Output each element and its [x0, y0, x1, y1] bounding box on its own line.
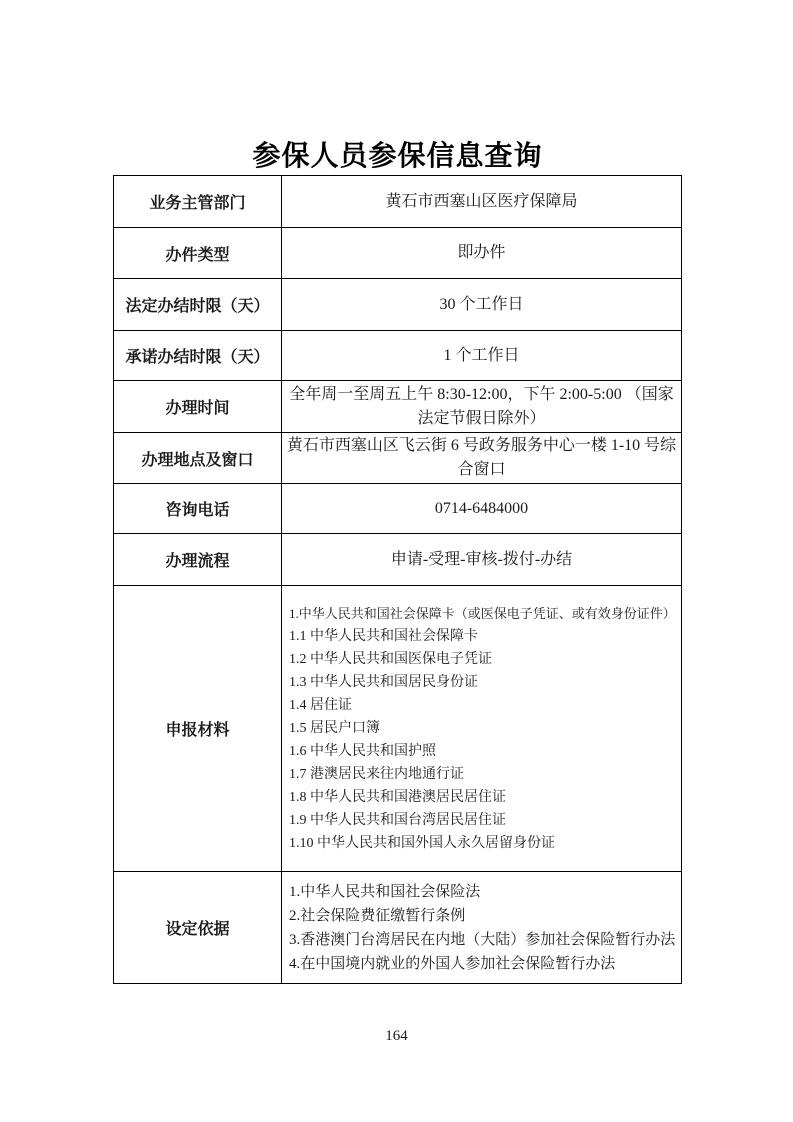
table-row-department: 业务主管部门 黄石市西塞山区医疗保障局	[114, 176, 682, 228]
basis-line: 3.香港澳门台湾居民在内地（大陆）参加社会保险暂行办法	[289, 928, 677, 952]
row-label: 办理时间	[114, 381, 282, 433]
basis-line: 2.社会保险费征缴暂行条例	[289, 904, 677, 928]
materials-line: 1.1 中华人民共和国社会保障卡	[289, 625, 677, 648]
table-row-location-window: 办理地点及窗口 黄石市西塞山区飞云街 6 号政务服务中心一楼 1-10 号综合窗…	[114, 433, 682, 484]
table-row-office-hours: 办理时间 全年周一至周五上午 8:30-12:00，下午 2:00-5:00 （…	[114, 381, 682, 433]
row-value: 0714-6484000	[282, 484, 682, 534]
table-row-process: 办理流程 申请-受理-审核-拨付-办结	[114, 534, 682, 586]
row-label: 办件类型	[114, 228, 282, 279]
table-row-legal-basis: 设定依据 1.中华人民共和国社会保险法 2.社会保险费征缴暂行条例 3.香港澳门…	[114, 872, 682, 984]
materials-line: 1.2 中华人民共和国医保电子凭证	[289, 648, 677, 671]
materials-line: 1.7 港澳居民来往内地通行证	[289, 763, 677, 786]
basis-line: 4.在中国境内就业的外国人参加社会保险暂行办法	[289, 952, 677, 976]
materials-list: 1.中华人民共和国社会保障卡（或医保电子凭证、或有效身份证件） 1.1 中华人民…	[282, 586, 682, 872]
legal-basis-list: 1.中华人民共和国社会保险法 2.社会保险费征缴暂行条例 3.香港澳门台湾居民在…	[282, 872, 682, 984]
row-value: 黄石市西塞山区飞云街 6 号政务服务中心一楼 1-10 号综合窗口	[282, 433, 682, 484]
table-row-materials: 申报材料 1.中华人民共和国社会保障卡（或医保电子凭证、或有效身份证件） 1.1…	[114, 586, 682, 872]
materials-line: 1.4 居住证	[289, 694, 677, 717]
row-label: 办理流程	[114, 534, 282, 586]
row-label: 业务主管部门	[114, 176, 282, 228]
table-row-item-type: 办件类型 即办件	[114, 228, 682, 279]
materials-line: 1.9 中华人民共和国台湾居民居住证	[289, 809, 677, 832]
row-label: 办理地点及窗口	[114, 433, 282, 484]
row-value: 1 个工作日	[282, 331, 682, 381]
materials-line: 1.6 中华人民共和国护照	[289, 740, 677, 763]
row-label: 承诺办结时限（天）	[114, 331, 282, 381]
page-title: 参保人员参保信息查询	[113, 140, 682, 172]
row-value: 全年周一至周五上午 8:30-12:00，下午 2:00-5:00 （国家法定节…	[282, 381, 682, 433]
service-info-table: 业务主管部门 黄石市西塞山区医疗保障局 办件类型 即办件 法定办结时限（天） 3…	[113, 175, 682, 984]
row-label: 申报材料	[114, 586, 282, 872]
row-label: 法定办结时限（天）	[114, 279, 282, 331]
document-page: 参保人员参保信息查询 业务主管部门 黄石市西塞山区医疗保障局 办件类型 即办件 …	[0, 0, 793, 1122]
row-value: 30 个工作日	[282, 279, 682, 331]
materials-line: 1.中华人民共和国社会保障卡（或医保电子凭证、或有效身份证件）	[289, 602, 677, 625]
page-number: 164	[0, 1028, 793, 1045]
row-value: 即办件	[282, 228, 682, 279]
row-label: 咨询电话	[114, 484, 282, 534]
row-label: 设定依据	[114, 872, 282, 984]
materials-line: 1.10 中华人民共和国外国人永久居留身份证	[289, 832, 677, 855]
row-value: 黄石市西塞山区医疗保障局	[282, 176, 682, 228]
table-row-legal-time-limit: 法定办结时限（天） 30 个工作日	[114, 279, 682, 331]
table-row-phone: 咨询电话 0714-6484000	[114, 484, 682, 534]
row-value: 申请-受理-审核-拨付-办结	[282, 534, 682, 586]
materials-line: 1.8 中华人民共和国港澳居民居住证	[289, 786, 677, 809]
materials-line: 1.3 中华人民共和国居民身份证	[289, 671, 677, 694]
table-row-promised-time-limit: 承诺办结时限（天） 1 个工作日	[114, 331, 682, 381]
basis-line: 1.中华人民共和国社会保险法	[289, 880, 677, 904]
materials-line: 1.5 居民户口簿	[289, 717, 677, 740]
